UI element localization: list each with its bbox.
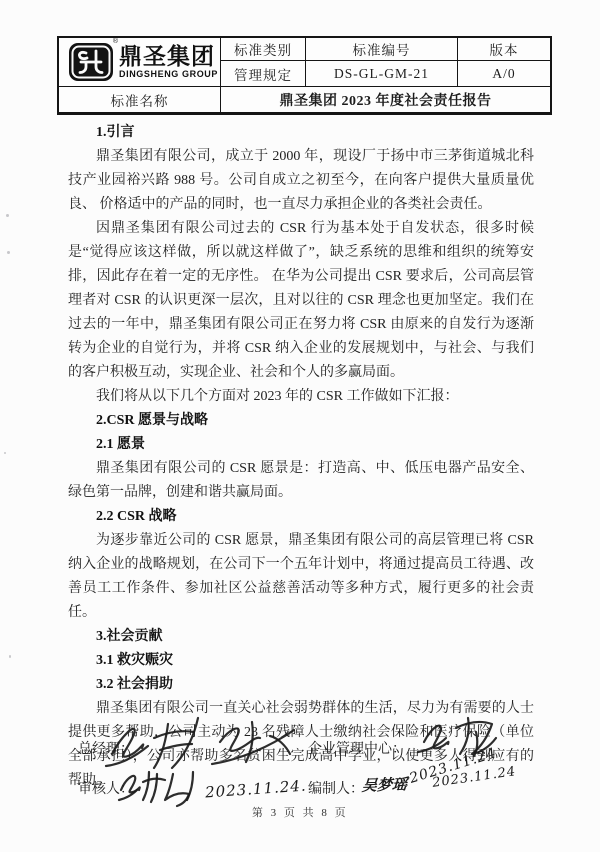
paragraph: 鼎圣集团有限公司，成立于 2000 年，现设厂于扬中市三茅街道城北科技产业园裕兴… [68,145,534,217]
standard-category-label: 标准类别 [220,38,305,60]
page-number-indicator: 第 3 页 共 8 页 [0,804,600,820]
document-body: 1.引言 鼎圣集团有限公司，成立于 2000 年，现设厂于扬中市三茅街道城北科技… [68,121,534,793]
compiler-label: 编制人： [308,778,364,798]
standard-number-value: DS-GL-GM-21 [305,60,457,86]
section-heading: 3.1 救灾赈灾 [68,649,534,673]
version-value: A/0 [457,60,550,86]
scan-speck [9,655,11,658]
section-heading: 2.1 愿景 [68,433,534,457]
paragraph: 我们将从以下几个方面对 2023 年的 CSR 工作做如下汇报： [68,385,534,409]
section-heading: 3.2 社会捐助 [68,673,534,697]
standard-category-value: 管理规定 [220,60,305,86]
logo-name-en: DINGSHENG GROUP [119,70,218,79]
standard-number-label: 标准编号 [305,38,457,60]
section-heading: 1.引言 [68,121,534,145]
company-logo: ® 鼎圣集团 DINGSHENG GROUP [59,38,220,86]
management-center-label: 企业管理中心： [308,738,406,758]
reviewer-signature [113,764,201,808]
compiler-name: 吴梦瑶 [361,773,408,796]
paragraph: 鼎圣集团有限公司的 CSR 愿景是：打造高、中、低压电器产品安全、绿色第一品牌，… [68,457,534,505]
registered-trademark-symbol: ® [113,38,119,45]
scanned-document-page: ® 鼎圣集团 DINGSHENG GROUP 标准类别 标准编号 版本 管理规定… [0,0,600,852]
scan-speck [4,452,6,454]
logo-text: 鼎圣集团 DINGSHENG GROUP [119,45,218,79]
scan-speck [6,214,9,217]
section-heading: 2.CSR 愿景与战略 [68,409,534,433]
section-heading: 3.社会贡献 [68,625,534,649]
paragraph: 为逐步靠近公司的 CSR 愿景，鼎圣集团有限公司的高层管理已将 CSR 纳入企业… [68,529,534,625]
standard-header-table: ® 鼎圣集团 DINGSHENG GROUP 标准类别 标准编号 版本 管理规定… [57,36,552,115]
scan-speck [7,251,10,254]
standard-name-value: 鼎圣集团 2023 年度社会责任报告 [220,86,550,112]
standard-name-label: 标准名称 [59,86,220,112]
logo-name-cn: 鼎圣集团 [119,45,218,68]
paragraph: 因鼎圣集团有限公司过去的 CSR 行为基本处于自发状态，很多时候是“觉得应该这样… [68,217,534,385]
version-label: 版本 [457,38,550,60]
section-heading: 2.2 CSR 战略 [68,505,534,529]
dingsheng-logo-icon: ® [68,42,114,82]
